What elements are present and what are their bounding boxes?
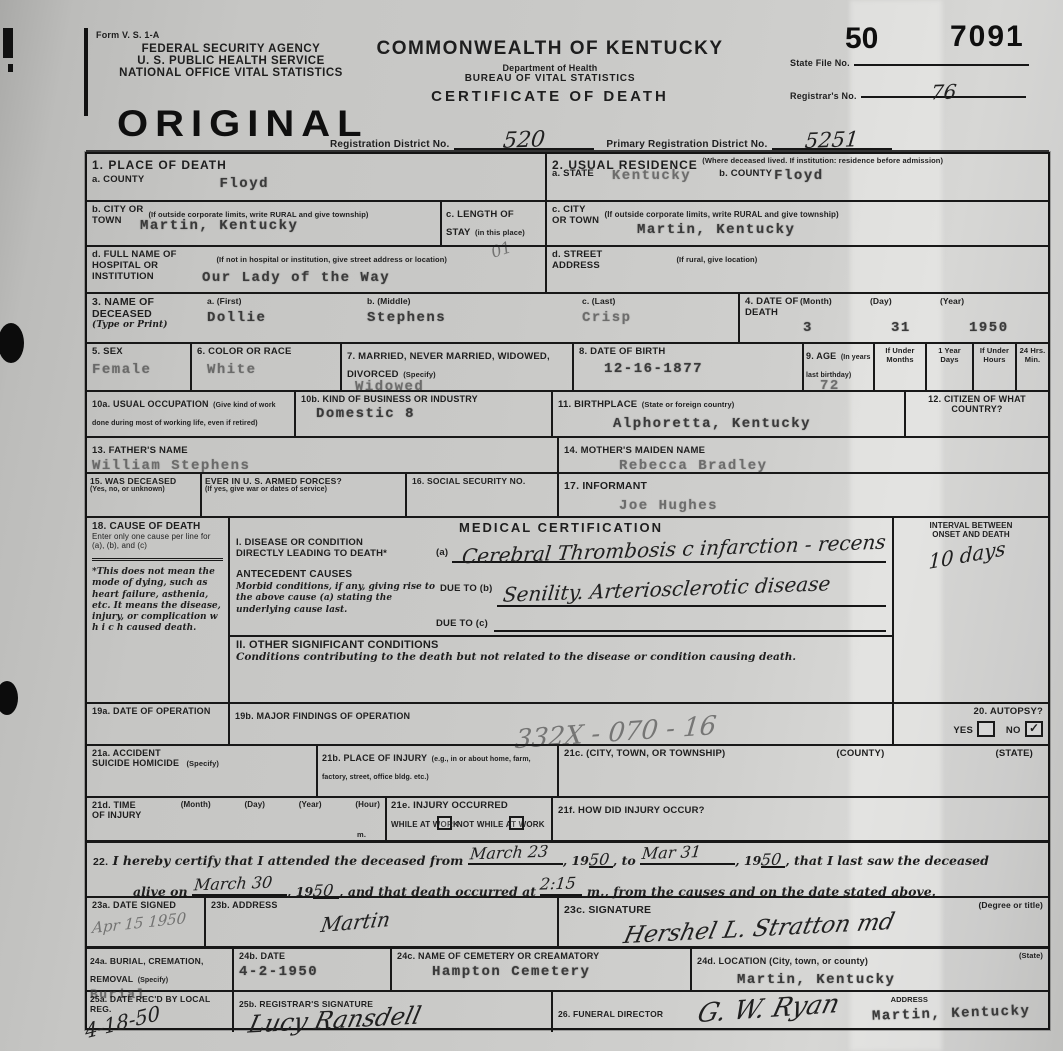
- s3-first-value: Dollie: [207, 310, 367, 326]
- s18-a-tag: (a): [436, 547, 448, 563]
- section-8-date-of-birth: 8. DATE OF BIRTH 12-16-1877: [574, 344, 804, 390]
- s4-month-label: (Month): [800, 296, 870, 318]
- scan-edge-dot: [8, 64, 13, 72]
- s22-text-6: m., from the causes and on the date stat…: [587, 884, 936, 899]
- s22-time-value: 2:15: [539, 873, 577, 893]
- s18-label: 18. CAUSE OF DEATH: [92, 521, 223, 532]
- s26-address-value: Martin, Kentucky: [871, 1003, 1030, 1025]
- section-9-age: 9. AGE (In years last birthday) 72: [804, 344, 875, 390]
- scan-edge-bar: [84, 28, 88, 116]
- s19a-label: 19a. DATE OF OPERATION: [92, 706, 223, 716]
- s1b-value: Martin, Kentucky: [140, 218, 435, 234]
- s13-value: William Stephens: [92, 458, 552, 474]
- s18-note2: *This does not mean the mode of dying, s…: [92, 567, 223, 635]
- hole-punch-bottom: [0, 681, 18, 715]
- s13-label: 13. FATHER'S NAME: [92, 445, 188, 456]
- s23c-value: Hershel L. Stratton md: [621, 909, 897, 949]
- s3-title-note: (Type or Print): [92, 320, 207, 330]
- row-service-informant: 15. WAS DECEASED (Yes, no, or unknown) E…: [87, 474, 1048, 518]
- s11-note: (State or foreign country): [642, 400, 735, 409]
- s15b-label: EVER IN U. S. ARMED FORCES?: [205, 476, 402, 486]
- s22-y1: , 19: [563, 853, 589, 868]
- agency-line-3: NATIONAL OFFICE VITAL STATISTICS: [96, 67, 366, 79]
- header-center-block: COMMONWEALTH OF KENTUCKY Department of H…: [360, 38, 740, 105]
- row-injury-1: 21a. ACCIDENT SUICIDE HOMICIDE (Specify)…: [87, 746, 1048, 798]
- row-registrar: 25a. DATE REC'D BY LOCAL REG. 4-18-50 25…: [87, 992, 1048, 1032]
- s24d-value: Martin, Kentucky: [737, 972, 1043, 988]
- section-23c-signature: 23c. SIGNATURE (Degree or title) Hershel…: [559, 898, 1048, 946]
- s18-interval-a-value: 10 days: [928, 536, 1006, 574]
- s21c-county-label: (COUNTY): [836, 748, 884, 759]
- certificate-form: 1. PLACE OF DEATH a. COUNTY Floyd b. CIT…: [85, 152, 1050, 1030]
- s10b-label: 10b. KIND OF BUSINESS OR INDUSTRY: [301, 394, 546, 404]
- s4-year-label: (Year): [940, 296, 964, 318]
- stamp-7091: 7091: [950, 20, 1025, 54]
- state-file-blank: [854, 52, 1029, 66]
- agency-line-1: FEDERAL SECURITY AGENCY: [96, 43, 366, 55]
- section-15b: EVER IN U. S. ARMED FORCES? (If yes, giv…: [202, 474, 407, 516]
- autopsy-yes-checkbox: [977, 721, 995, 737]
- s4-year-value: 1950: [969, 320, 1009, 336]
- agency-line-2: U. S. PUBLIC HEALTH SERVICE: [96, 55, 366, 67]
- s21f-label: 21f. HOW DID INJURY OCCUR?: [558, 805, 705, 816]
- s18-interval-label-2: ONSET AND DEATH: [898, 530, 1044, 539]
- s18-i-label-1: I. DISEASE OR CONDITION: [236, 537, 436, 548]
- s23b-value: Martin: [319, 907, 392, 937]
- s9-sub-months: If Under Months: [875, 344, 927, 390]
- s9-sub-min: 24 Hrs. Min.: [1017, 344, 1048, 390]
- section-20-autopsy: 20. AUTOPSY? YES NO ✓: [894, 704, 1048, 744]
- section-6-race: 6. COLOR OR RACE White: [192, 344, 342, 390]
- s1a-label: a. COUNTY: [92, 174, 144, 192]
- section-5-sex: 5. SEX Female: [87, 344, 192, 390]
- registration-district-row: Registration District No. 520 Primary Re…: [330, 128, 1050, 152]
- registrar-no-value: 76: [930, 80, 958, 105]
- section-21e: 21e. INJURY OCCURRED WHILE AT WORK NOT W…: [387, 798, 553, 840]
- s21d-label: 21d. TIME OF INJURY: [92, 800, 147, 820]
- section-13-father: 13. FATHER'S NAME William Stephens: [87, 438, 559, 472]
- s1-title: 1. PLACE OF DEATH: [92, 158, 227, 172]
- row-operation-autopsy: 19a. DATE OF OPERATION 19b. MAJOR FINDIN…: [87, 704, 1048, 746]
- s18-a-value: Cerebral Thrombosis c infarction - recen…: [461, 530, 887, 569]
- s22-to-value: Mar 31: [641, 842, 702, 863]
- s23c-label: 23c. SIGNATURE: [564, 904, 651, 916]
- header-left-block: Form V. S. 1-A FEDERAL SECURITY AGENCY U…: [96, 30, 366, 79]
- reg-district-label: Registration District No.: [330, 139, 449, 150]
- section-3-name: 3. NAME OF DECEASED (Type or Print) a. (…: [87, 294, 740, 342]
- s14-label: 14. MOTHER'S MAIDEN NAME: [564, 445, 705, 456]
- section-2-usual-residence: 2. USUAL RESIDENCE (Where deceased lived…: [547, 154, 1048, 292]
- s18-ii-note: Conditions contributing to the death but…: [236, 651, 886, 664]
- hole-punch-top: [0, 323, 24, 363]
- certificate-title: CERTIFICATE OF DEATH: [360, 88, 740, 105]
- primary-district-label: Primary Registration District No.: [606, 139, 767, 150]
- s26-signature-value: G. W. Ryan: [694, 989, 842, 1029]
- s2b-label: b. COUNTY: [719, 168, 772, 184]
- s22-y3: , 19: [287, 884, 313, 899]
- s22-y2: , 19: [735, 853, 761, 868]
- s18-note1: Enter only one cause per line for (a), (…: [92, 532, 223, 550]
- s1b-label: b. CITY OR TOWN: [92, 204, 144, 226]
- s21b-label: 21b. PLACE OF INJURY: [322, 753, 427, 763]
- s7-note: (Specify): [403, 370, 436, 379]
- s22-text-3: , that I last saw the deceased: [785, 853, 989, 868]
- section-25b-registrar-signature: 25b. REGISTRAR'S SIGNATURE Lucy Ransdell: [234, 992, 553, 1032]
- s6-label: 6. COLOR OR RACE: [197, 346, 335, 357]
- s10b-value: Domestic 8: [316, 406, 546, 422]
- s9-label: 9. AGE: [806, 351, 836, 361]
- s18-a-blank: Cerebral Thrombosis c infarction - recen…: [452, 537, 886, 563]
- dept-of-health: Department of Health: [360, 63, 740, 73]
- row-certify: 22. I hereby certify that I attended the…: [87, 842, 1048, 898]
- row-signature: 23a. DATE SIGNED Apr 15 1950 23b. ADDRES…: [87, 898, 1048, 948]
- s2-title-note: (Where deceased lived. If institution: r…: [702, 156, 947, 165]
- s23a-value: Apr 15 1950: [92, 909, 187, 937]
- section-19a-date-of-operation: 19a. DATE OF OPERATION: [87, 704, 230, 744]
- s5-label: 5. SEX: [92, 346, 185, 357]
- s18-due-c-label: DUE TO (c): [436, 618, 488, 632]
- s24b-value: 4-2-1950: [239, 964, 385, 980]
- s4-title: 4. DATE OF DEATH: [745, 296, 800, 318]
- registrar-no-label: Registrar's No.: [790, 91, 857, 101]
- s2a-value: Kentucky: [612, 168, 691, 184]
- s22-y2-value: 50: [760, 850, 782, 870]
- s21d-year-label: (Year): [299, 800, 322, 820]
- s17-label: 17. INFORMANT: [564, 480, 647, 492]
- s3-last-value: Crisp: [582, 310, 632, 326]
- row-burial: 24a. BURIAL, CREMATION, REMOVAL (Specify…: [87, 948, 1048, 992]
- s8-value: 12-16-1877: [604, 361, 797, 377]
- autopsy-no-checkbox: ✓: [1025, 721, 1043, 737]
- s24a-note: (Specify): [138, 977, 168, 984]
- stamp-50: 50: [845, 22, 878, 56]
- s26-address-label: ADDRESS: [891, 995, 928, 1004]
- s24d-state-label: (State): [1019, 951, 1043, 960]
- s18-morbid-note: Morbid conditions, if any, giving rise t…: [236, 582, 436, 616]
- s18-ii-label: II. OTHER SIGNIFICANT CONDITIONS: [236, 639, 886, 651]
- s22-text-2: , to: [613, 853, 636, 868]
- s3-first-label: a. (First): [207, 296, 367, 306]
- s21c-label: 21c. (CITY, TOWN, OR TOWNSHIP): [564, 748, 725, 759]
- s18-due-b-label: DUE TO (b): [440, 583, 493, 616]
- s24b-label: 24b. DATE: [239, 951, 385, 961]
- s2c-value: Martin, Kentucky: [637, 222, 1043, 238]
- s16-label: 16. SOCIAL SECURITY NO.: [412, 476, 552, 486]
- s7-label: 7. MARRIED, NEVER MARRIED, WIDOWED, DIVO…: [347, 351, 550, 380]
- s18-b-blank: Senility. Arteriosclerotic disease: [497, 569, 887, 607]
- section-21a: 21a. ACCIDENT SUICIDE HOMICIDE (Specify): [87, 746, 318, 796]
- row-injury-2: 21d. TIME OF INJURY (Month) (Day) (Year)…: [87, 798, 1048, 842]
- section-23a-date-signed: 23a. DATE SIGNED Apr 15 1950: [87, 898, 206, 946]
- s3-title: 3. NAME OF DECEASED: [92, 296, 207, 320]
- registrar-no-blank: 76: [861, 80, 1026, 98]
- section-21c: 21c. (CITY, TOWN, OR TOWNSHIP) (COUNTY) …: [559, 746, 1048, 796]
- s21c-state-label: (STATE): [996, 748, 1033, 759]
- s20-yes-label: YES: [953, 725, 973, 736]
- reg-district-value: 520: [502, 127, 547, 154]
- section-11-birthplace: 11. BIRTHPLACE (State or foreign country…: [553, 392, 906, 436]
- section-21f: 21f. HOW DID INJURY OCCUR?: [553, 798, 1048, 840]
- s3-last-label: c. (Last): [582, 296, 616, 306]
- s18-b-value: Senility. Arteriosclerotic disease: [501, 571, 831, 607]
- s21d-hour-label: (Hour): [355, 800, 380, 820]
- s21d-m-label: m.: [92, 830, 380, 839]
- s1d-note: (If not in hospital or institution, give…: [216, 255, 516, 264]
- s22-text-1: I hereby certify that I attended the dec…: [113, 853, 464, 868]
- section-23b-address: 23b. ADDRESS Martin: [206, 898, 559, 946]
- death-certificate-scan: Form V. S. 1-A FEDERAL SECURITY AGENCY U…: [0, 0, 1063, 1051]
- registrar-no-row: Registrar's No. 76: [790, 80, 1050, 104]
- s2b-value: Floyd: [774, 168, 824, 184]
- section-19b-findings: 19b. MAJOR FINDINGS OF OPERATION 332X - …: [230, 704, 894, 744]
- row-sex-age: 5. SEX Female 6. COLOR OR RACE White 7. …: [87, 344, 1048, 392]
- s1c-note: (in this place): [475, 228, 525, 237]
- s12-label: 12. CITIZEN OF WHAT COUNTRY?: [911, 394, 1043, 414]
- row-cause-of-death: 18. CAUSE OF DEATH Enter only one cause …: [87, 518, 1048, 704]
- row-parents: 13. FATHER'S NAME William Stephens 14. M…: [87, 438, 1048, 474]
- s19b-label: 19b. MAJOR FINDINGS OF OPERATION: [235, 711, 410, 721]
- s22-alive-value: March 30: [193, 873, 273, 895]
- s18-c-blank: [494, 618, 886, 632]
- section-16-ssn: 16. SOCIAL SECURITY NO.: [407, 474, 559, 516]
- s15b-note: (If yes, give war or dates of service): [205, 486, 402, 493]
- section-21d: 21d. TIME OF INJURY (Month) (Day) (Year)…: [87, 798, 387, 840]
- commonwealth-title: COMMONWEALTH OF KENTUCKY: [360, 38, 740, 60]
- row-name-date: 3. NAME OF DECEASED (Type or Print) a. (…: [87, 294, 1048, 344]
- s2d-label: d. STREET ADDRESS: [552, 249, 612, 271]
- section-21b: 21b. PLACE OF INJURY (e.g., in or about …: [318, 746, 559, 796]
- s1a-value: Floyd: [219, 176, 269, 192]
- s8-label: 8. DATE OF BIRTH: [579, 346, 797, 357]
- s11-label: 11. BIRTHPLACE: [558, 399, 637, 410]
- s4-day-label: (Day): [870, 296, 940, 318]
- s20-no-label: NO: [1006, 725, 1021, 736]
- s21e-label: 21e. INJURY OCCURRED: [391, 800, 547, 811]
- state-file-row: State File No.: [790, 52, 1050, 71]
- s1d-label: d. FULL NAME OF HOSPITAL OR INSTITUTION: [92, 249, 212, 282]
- s21e-opt1-label: WHILE AT WORK: [391, 820, 433, 829]
- s10a-label: 10a. USUAL OCCUPATION: [92, 399, 209, 409]
- section-24c-cemetery: 24c. NAME OF CEMETERY OR CREAMATORY Hamp…: [392, 949, 692, 990]
- row-place-residence: 1. PLACE OF DEATH a. COUNTY Floyd b. CIT…: [87, 154, 1048, 294]
- s26-label: 26. FUNERAL DIRECTOR: [558, 1009, 663, 1019]
- s18-interval-label-1: INTERVAL BETWEEN: [898, 521, 1044, 530]
- s21a-note: (Specify): [186, 759, 219, 768]
- reg-district-blank: 520: [454, 128, 594, 150]
- s21d-day-label: (Day): [245, 800, 266, 820]
- s22-text-4: alive on: [133, 884, 188, 899]
- s18-i-label-2: DIRECTLY LEADING TO DEATH*: [236, 548, 436, 559]
- section-24d-location: 24d. LOCATION (City, town, or county) (S…: [692, 949, 1048, 990]
- section-12-citizen: 12. CITIZEN OF WHAT COUNTRY?: [906, 392, 1048, 436]
- s14-value: Rebecca Bradley: [619, 458, 1043, 474]
- section-18-interval: INTERVAL BETWEEN ONSET AND DEATH 10 days: [894, 518, 1048, 702]
- section-10b-industry: 10b. KIND OF BUSINESS OR INDUSTRY Domest…: [296, 392, 553, 436]
- s4-month-value: 3: [803, 320, 891, 336]
- s2a-label: a. STATE: [552, 168, 594, 184]
- section-24b-date: 24b. DATE 4-2-1950: [234, 949, 392, 990]
- section-18-cause-left: 18. CAUSE OF DEATH Enter only one cause …: [87, 518, 230, 702]
- s3-middle-value: Stephens: [367, 310, 582, 326]
- section-1-place-of-death: 1. PLACE OF DEATH a. COUNTY Floyd b. CIT…: [87, 154, 547, 292]
- section-7-marital: 7. MARRIED, NEVER MARRIED, WIDOWED, DIVO…: [342, 344, 574, 390]
- bureau-vital-statistics: BUREAU OF VITAL STATISTICS: [360, 73, 740, 84]
- s5-value: Female: [92, 362, 185, 378]
- s4-day-value: 31: [891, 320, 969, 336]
- s22-from-value: March 23: [469, 842, 549, 864]
- s1d-value: Our Lady of the Way: [202, 270, 540, 286]
- s21e-opt2-label: NOT WHILE AT WORK: [457, 820, 505, 829]
- s11-value: Alphoretta, Kentucky: [613, 416, 899, 432]
- section-15a: 15. WAS DECEASED (Yes, no, or unknown): [87, 474, 202, 516]
- s9-sub-hours: If Under Hours: [974, 344, 1017, 390]
- s15a-note: (Yes, no, or unknown): [90, 486, 197, 493]
- s2c-label: c. CITY OR TOWN: [552, 204, 600, 226]
- s22-num: 22.: [93, 856, 108, 868]
- s21a-label: 21a. ACCIDENT SUICIDE HOMICIDE: [92, 748, 182, 768]
- s18-antecedent-title: ANTECEDENT CAUSES: [236, 569, 436, 580]
- form-number: Form V. S. 1-A: [96, 30, 366, 40]
- s15a-label: 15. WAS DECEASED: [90, 476, 197, 486]
- section-18-medical-cert: MEDICAL CERTIFICATION I. DISEASE OR COND…: [230, 518, 894, 702]
- s22-text-5: , and that death occurred at: [339, 884, 536, 899]
- section-26-funeral-director: 26. FUNERAL DIRECTOR ADDRESS G. W. Ryan …: [553, 992, 1048, 1032]
- section-25a-date-recd: 25a. DATE REC'D BY LOCAL REG. 4-18-50: [87, 992, 234, 1032]
- s24c-label: 24c. NAME OF CEMETERY OR CREAMATORY: [397, 951, 685, 961]
- s24d-label: 24d. LOCATION (City, town, or county): [697, 956, 868, 966]
- section-24a-burial: 24a. BURIAL, CREMATION, REMOVAL (Specify…: [87, 949, 234, 990]
- s24c-value: Hampton Cemetery: [432, 964, 685, 980]
- not-while-at-work-checkbox: [509, 816, 524, 830]
- s23c-note: (Degree or title): [978, 900, 1043, 910]
- primary-district-blank: 5251: [772, 128, 892, 150]
- state-file-label: State File No.: [790, 58, 850, 68]
- row-occupation: 10a. USUAL OCCUPATION (Give kind of work…: [87, 392, 1048, 438]
- section-14-mother: 14. MOTHER'S MAIDEN NAME Rebecca Bradley: [559, 438, 1048, 472]
- s2c-note: (If outside corporate limits, write RURA…: [604, 210, 838, 219]
- s21d-month-label: (Month): [181, 800, 211, 820]
- primary-district-value: 5251: [804, 127, 860, 153]
- s22-y1-value: 50: [588, 850, 610, 870]
- s17-value: Joe Hughes: [619, 498, 1043, 514]
- section-10a-occupation: 10a. USUAL OCCUPATION (Give kind of work…: [87, 392, 296, 436]
- while-at-work-checkbox: [437, 816, 452, 830]
- section-4-date-of-death: 4. DATE OF DEATH (Month) (Day) (Year) 3 …: [740, 294, 1048, 342]
- s9-sub-days: 1 Year Days: [927, 344, 974, 390]
- section-17-informant: 17. INFORMANT Joe Hughes: [559, 474, 1048, 516]
- s3-middle-label: b. (Middle): [367, 296, 582, 306]
- s2d-note: (If rural, give location): [676, 255, 757, 264]
- s20-label: 20. AUTOPSY?: [899, 706, 1043, 717]
- s6-value: White: [207, 362, 335, 378]
- scan-edge-mark: [3, 28, 13, 58]
